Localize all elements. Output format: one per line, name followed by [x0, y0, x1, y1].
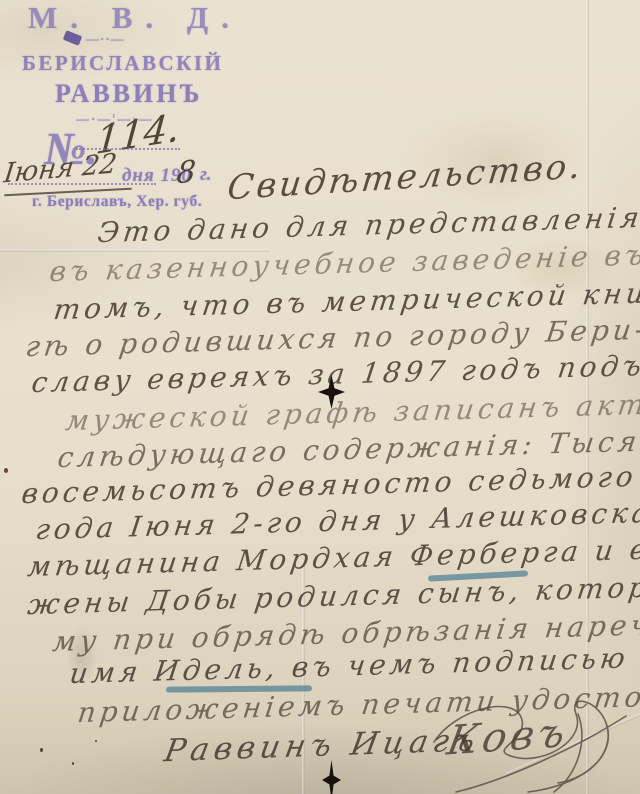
- dotted-rule: [8, 183, 156, 185]
- document-page: М. В. Д. —··— БЕРИСЛАВСКІЙ РАВВИНЪ —·—¦—…: [0, 0, 640, 794]
- document-title: Свидѣтельство.: [225, 146, 585, 208]
- stamp-place-line: г. Бериславъ, Хер. губ.: [32, 193, 202, 211]
- paper-speck: [40, 748, 43, 752]
- stamp-ornament-icon: —··—: [86, 31, 125, 47]
- handwritten-year-digit: 8: [176, 154, 197, 191]
- stamp-org-name-line1: БЕРИСЛАВСКІЙ: [22, 51, 223, 76]
- stamp-date-suffix: г.: [200, 164, 212, 186]
- paper-speck: [4, 468, 8, 473]
- pencil-underline-given-name: [166, 685, 312, 692]
- ink-blot-star: [322, 760, 341, 794]
- signature-flourish: [428, 688, 638, 794]
- stamp-ministry-abbr: М. В. Д.: [28, 0, 242, 36]
- paper-speck: [72, 762, 74, 765]
- paper-speck: [95, 740, 97, 742]
